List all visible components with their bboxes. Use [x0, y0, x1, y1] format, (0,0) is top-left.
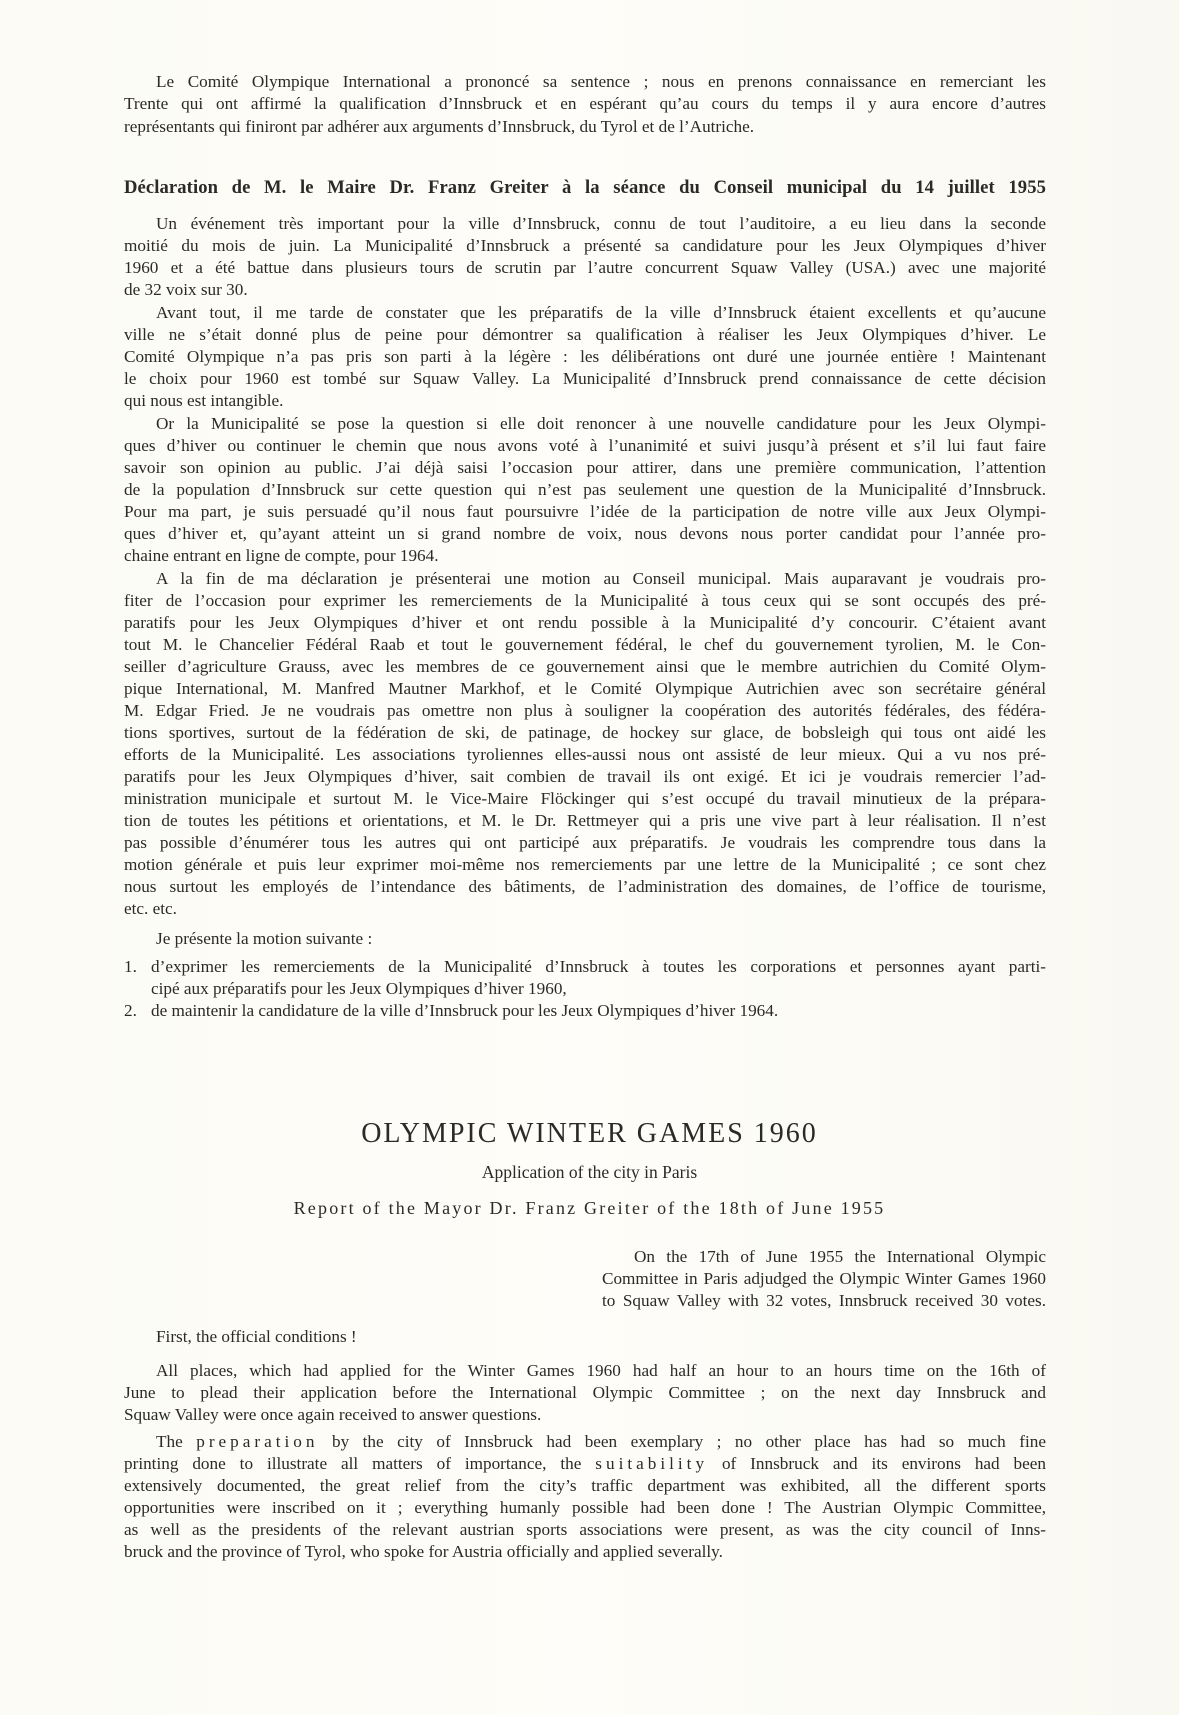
paragraph-line: le choix pour 1960 est tombé sur Squaw V…: [124, 368, 1046, 391]
paragraph-line: de 32 voix sur 30.: [124, 279, 1046, 302]
motion-item-line: de maintenir la candidature de la ville …: [151, 1000, 1046, 1023]
paragraph-line: tion de toutes les pétitions et orientat…: [124, 810, 1046, 833]
english-first-line: First, the official conditions !: [156, 1326, 1046, 1349]
paragraph-line: tions sportives, surtout de la fédératio…: [124, 722, 1046, 745]
motion-intro: Je présente la motion suivante :: [156, 928, 1046, 951]
paragraph-line: nous surtout les employés de l’intendanc…: [124, 876, 1046, 899]
paragraph-line: All places, which had applied for the Wi…: [156, 1360, 1046, 1383]
paragraph-line: efforts de la Municipalité. Les associat…: [124, 744, 1046, 767]
paragraph-line: de la population d’Innsbruck sur cette q…: [124, 479, 1046, 502]
motion-item-number: 2.: [124, 1000, 137, 1023]
paragraph-line: ques d’hiver ou continuer le chemin que …: [124, 435, 1046, 458]
paragraph-line: printing done to illustrate all matters …: [124, 1453, 1046, 1476]
paragraph-line: ville ne s’était donné plus de peine pou…: [124, 324, 1046, 347]
paragraph-line: extensively documented, the great relief…: [124, 1475, 1046, 1498]
paragraph-line: motion générale et puis leur exprimer mo…: [124, 854, 1046, 877]
paragraph-line: opportunities were inscribed on it ; eve…: [124, 1497, 1046, 1520]
paragraph-line: The preparation by the city of Innsbruck…: [156, 1431, 1046, 1454]
english-subtitle: Application of the city in Paris: [0, 1162, 1179, 1183]
paragraph-line: ques d’hiver et, qu’ayant atteint un si …: [124, 523, 1046, 546]
paragraph-line: Pour ma part, je suis persuadé qu’il nou…: [124, 501, 1046, 524]
motion-item-line: cipé aux préparatifs pour les Jeux Olymp…: [151, 978, 1046, 1001]
paragraph-line: M. Edgar Fried. Je ne voudrais pas omett…: [124, 700, 1046, 723]
paragraph-line: bruck and the province of Tyrol, who spo…: [124, 1541, 1046, 1564]
paragraph-line: 1960 et a été battue dans plusieurs tour…: [124, 257, 1046, 280]
intro-line: représentants qui finiront par adhérer a…: [124, 116, 1046, 139]
motion-item-line: d’exprimer les remerciements de la Munic…: [151, 956, 1046, 979]
paragraph-line: Comité Olympique n’a pas pris son parti …: [124, 346, 1046, 369]
paragraph-line: seiller d’agriculture Grauss, avec les m…: [124, 656, 1046, 679]
french-section-heading: Déclaration de M. le Maire Dr. Franz Gre…: [124, 177, 1046, 199]
emphasized-word: suitability: [595, 1454, 708, 1473]
paragraph-line: paratifs pour les Jeux Olympiques d’hive…: [124, 766, 1046, 789]
motion-item-number: 1.: [124, 956, 137, 979]
paragraph-line: ministration municipale et surtout M. le…: [124, 788, 1046, 811]
summary-line: On the 17th of June 1955 the Internation…: [634, 1246, 1046, 1269]
paragraph-line: tout M. le Chancelier Fédéral Raab et to…: [124, 634, 1046, 657]
paragraph-line: Or la Municipalité se pose la question s…: [156, 413, 1046, 436]
paragraph-line: Un événement très important pour la vill…: [156, 213, 1046, 236]
text-run: of Innsbruck and its environs had been: [708, 1454, 1046, 1473]
intro-line: Le Comité Olympique International a pron…: [156, 71, 1046, 94]
paragraph-line: June to plead their application before t…: [124, 1382, 1046, 1405]
intro-line: Trente qui ont affirmé la qualification …: [124, 93, 1046, 116]
paragraph-line: paratifs pour les Jeux Olympiques d’hive…: [124, 612, 1046, 635]
summary-line: to Squaw Valley with 32 votes, Innsbruck…: [602, 1290, 1046, 1313]
english-report-heading: Report of the Mayor Dr. Franz Greiter of…: [0, 1198, 1179, 1219]
document-page: Le Comité Olympique International a pron…: [0, 0, 1179, 1715]
paragraph-line: Squaw Valley were once again received to…: [124, 1404, 1046, 1427]
paragraph-line: fiter de l’occasion pour exprimer les re…: [124, 590, 1046, 613]
text-run: by the city of Innsbruck had been exempl…: [318, 1432, 1046, 1451]
paragraph-line: qui nous est intangible.: [124, 390, 1046, 413]
paragraph-line: moitié du mois de juin. La Municipalité …: [124, 235, 1046, 258]
paragraph-line: savoir son opinion au public. J’ai déjà …: [124, 457, 1046, 480]
english-title: OLYMPIC WINTER GAMES 1960: [0, 1118, 1179, 1150]
paragraph-line: pique International, M. Manfred Mautner …: [124, 678, 1046, 701]
text-run: The: [156, 1432, 196, 1451]
paragraph-line: pas possible d’énumérer tous les autres …: [124, 832, 1046, 855]
summary-line: Committee in Paris adjudged the Olympic …: [602, 1268, 1046, 1291]
paragraph-line: as well as the presidents of the relevan…: [124, 1519, 1046, 1542]
emphasized-word: preparation: [196, 1432, 318, 1451]
paragraph-line: Avant tout, il me tarde de constater que…: [156, 302, 1046, 325]
paragraph-line: chaine entrant en ligne de compte, pour …: [124, 545, 1046, 568]
paragraph-line: etc. etc.: [124, 898, 1046, 921]
paragraph-line: A la fin de ma déclaration je présentera…: [156, 568, 1046, 591]
text-run: printing done to illustrate all matters …: [124, 1454, 595, 1473]
